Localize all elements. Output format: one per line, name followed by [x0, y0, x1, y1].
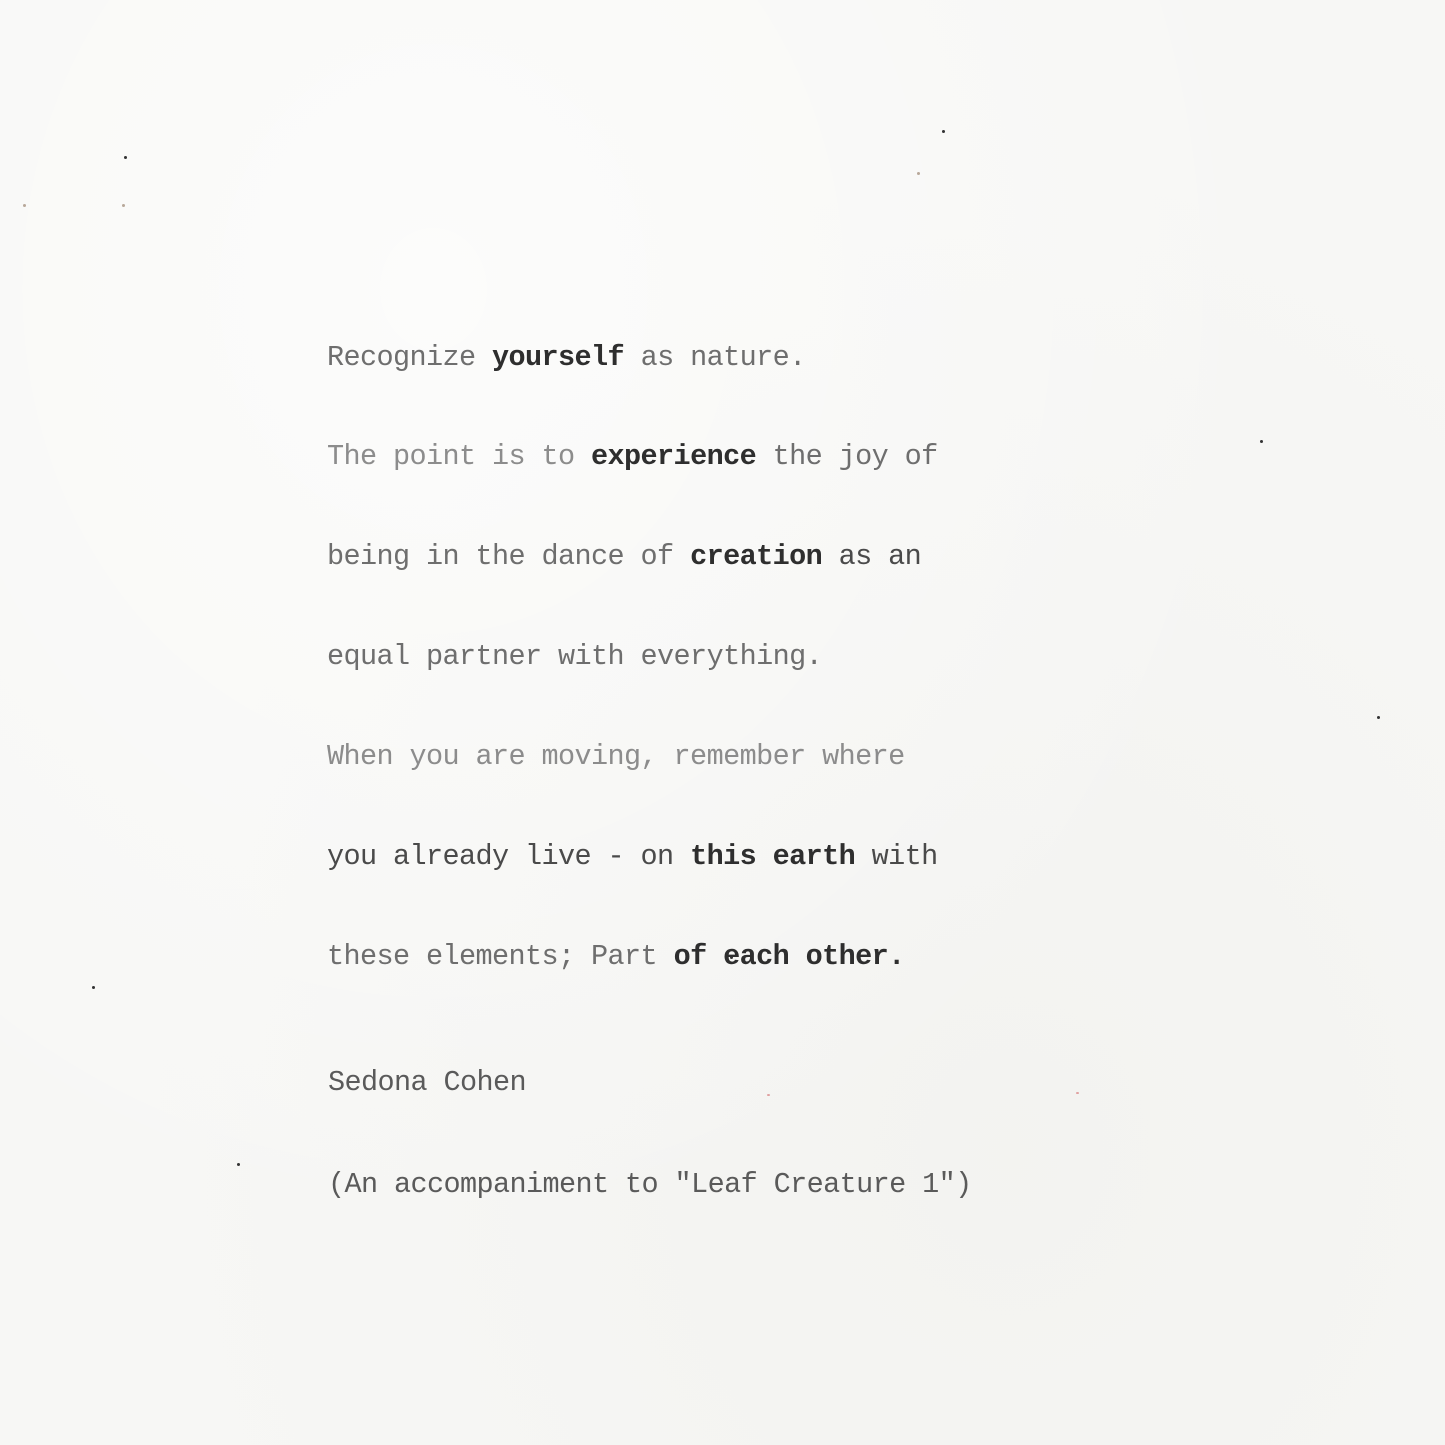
poem-line: being in the dance of creation as an: [327, 540, 938, 573]
poem-segment: Recognize: [327, 341, 492, 374]
poem-line: When you are moving, remember where: [327, 740, 938, 773]
poem-segment: equal partner with everything.: [327, 640, 822, 673]
poem-line: The point is to experience the joy of: [327, 440, 938, 473]
author-name: Sedona Cohen: [328, 1066, 972, 1100]
poem-segment: with: [855, 840, 938, 873]
poem-segment: this earth: [690, 840, 855, 873]
paper-speck: [237, 1163, 240, 1166]
poem-segment: as nature.: [624, 341, 806, 374]
poem-text: Recognize yourself as nature. The point …: [327, 274, 938, 1007]
poem-segment: these elements; Part: [327, 940, 674, 973]
poem-line: Recognize yourself as nature.: [327, 341, 938, 374]
paper-speck: [1377, 716, 1380, 719]
paper-speck: [1260, 440, 1263, 443]
poem-line: equal partner with everything.: [327, 640, 938, 673]
poem-segment: the joy of: [756, 440, 938, 473]
poem-segment: experience: [591, 440, 756, 473]
accompaniment-note: (An accompaniment to "Leaf Creature 1"): [328, 1168, 972, 1202]
paper-speck: [942, 130, 945, 133]
poem-segment: yourself: [492, 341, 624, 374]
poem-segment: creation: [690, 540, 822, 573]
poem-segment: of each other.: [674, 940, 905, 973]
paper-speck: [124, 156, 127, 159]
signature-block: Sedona Cohen (An accompaniment to "Leaf …: [328, 998, 972, 1236]
poem-segment: as an: [822, 540, 921, 573]
paper-speck: [92, 986, 95, 989]
poem-segment: When you are moving, remember where: [327, 740, 905, 773]
paper-speck: [122, 204, 125, 207]
paper-speck: [23, 204, 26, 207]
poem-line: these elements; Part of each other.: [327, 940, 938, 973]
poem-segment: The point is to: [327, 440, 591, 473]
poem-segment: you already live - on: [327, 840, 690, 873]
paper-speck: [917, 172, 920, 175]
paper-speck: [1076, 1092, 1079, 1094]
poem-segment: being in the dance of: [327, 540, 690, 573]
poem-line: you already live - on this earth with: [327, 840, 938, 873]
